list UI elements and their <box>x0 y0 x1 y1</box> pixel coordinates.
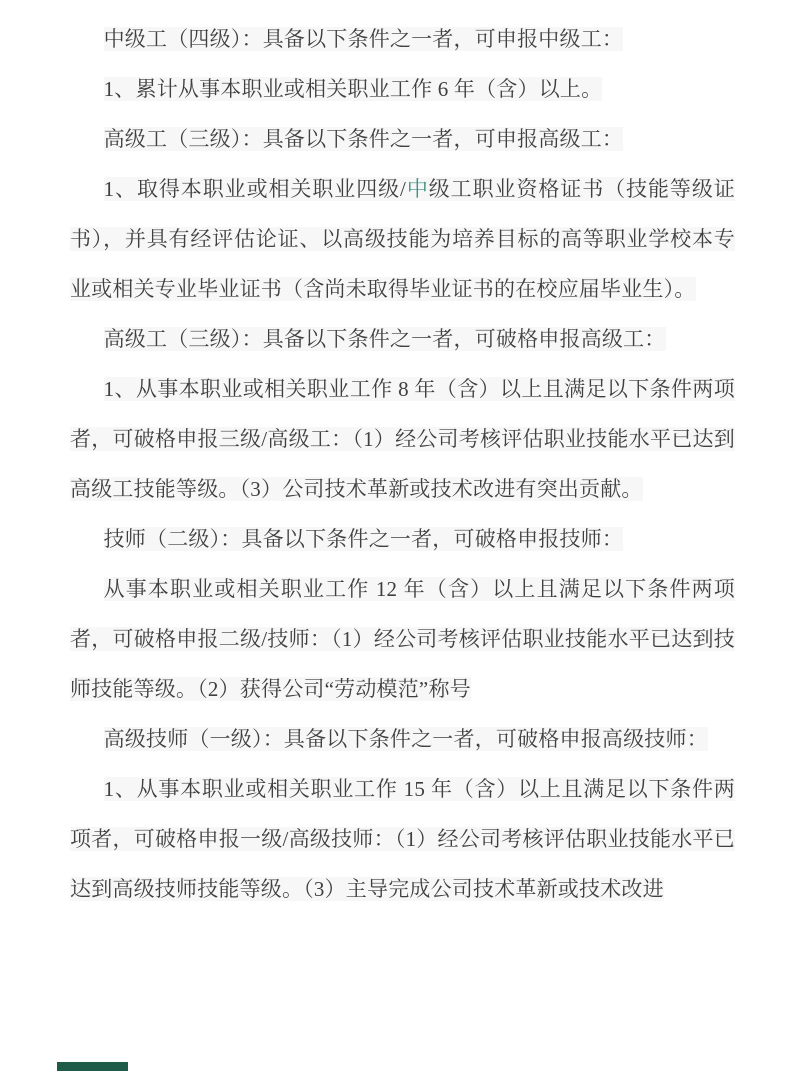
para-level2-heading: 技师（二级）：具备以下条件之一者，可破格申报技师： <box>70 514 735 564</box>
para-text: 技师（二级）：具备以下条件之一者，可破格申报技师： <box>104 527 624 551</box>
green-highlight-char: 中 <box>406 177 429 201</box>
para-level1-heading: 高级技师（一级）：具备以下条件之一者，可破格申报高级技师： <box>70 714 735 764</box>
para-level4-heading: 中级工（四级）：具备以下条件之一者，可申报中级工： <box>70 14 735 64</box>
para-text: 1、从事本职业或相关职业工作 15 年（含）以上且满足以下条件两项者，可破格申报… <box>70 777 735 901</box>
para-level2-condition: 从事本职业或相关职业工作 12 年（含）以上且满足以下条件两项者，可破格申报二级… <box>70 564 735 714</box>
para-level4-condition: 1、累计从事本职业或相关职业工作 6 年（含）以上。 <box>70 64 735 114</box>
green-scan-artifact-bar <box>57 1062 128 1071</box>
para-level1-condition: 1、从事本职业或相关职业工作 15 年（含）以上且满足以下条件两项者，可破格申报… <box>70 764 735 914</box>
para-level3-exception-heading: 高级工（三级）：具备以下条件之一者，可破格申报高级工： <box>70 314 735 364</box>
para-text: 1、从事本职业或相关职业工作 8 年（含）以上且满足以下条件两项者，可破格申报三… <box>70 377 735 501</box>
para-text-pre: 1、取得本职业或相关职业四级/ <box>104 177 407 201</box>
para-text: 从事本职业或相关职业工作 12 年（含）以上且满足以下条件两项者，可破格申报二级… <box>70 577 735 701</box>
para-text: 高级技师（一级）：具备以下条件之一者，可破格申报高级技师： <box>104 727 708 751</box>
para-text: 1、累计从事本职业或相关职业工作 6 年（含）以上。 <box>104 77 603 101</box>
para-text: 高级工（三级）：具备以下条件之一者，可破格申报高级工： <box>104 327 666 351</box>
para-level3-heading: 高级工（三级）：具备以下条件之一者，可申报高级工： <box>70 114 735 164</box>
document-page: 中级工（四级）：具备以下条件之一者，可申报中级工： 1、累计从事本职业或相关职业… <box>70 14 735 914</box>
para-level3-exception-condition: 1、从事本职业或相关职业工作 8 年（含）以上且满足以下条件两项者，可破格申报三… <box>70 364 735 514</box>
para-text: 中级工（四级）：具备以下条件之一者，可申报中级工： <box>104 27 624 51</box>
para-text: 高级工（三级）：具备以下条件之一者，可申报高级工： <box>104 127 624 151</box>
para-level3-condition: 1、取得本职业或相关职业四级/中级工职业资格证书（技能等级证书），并具有经评估论… <box>70 164 735 314</box>
